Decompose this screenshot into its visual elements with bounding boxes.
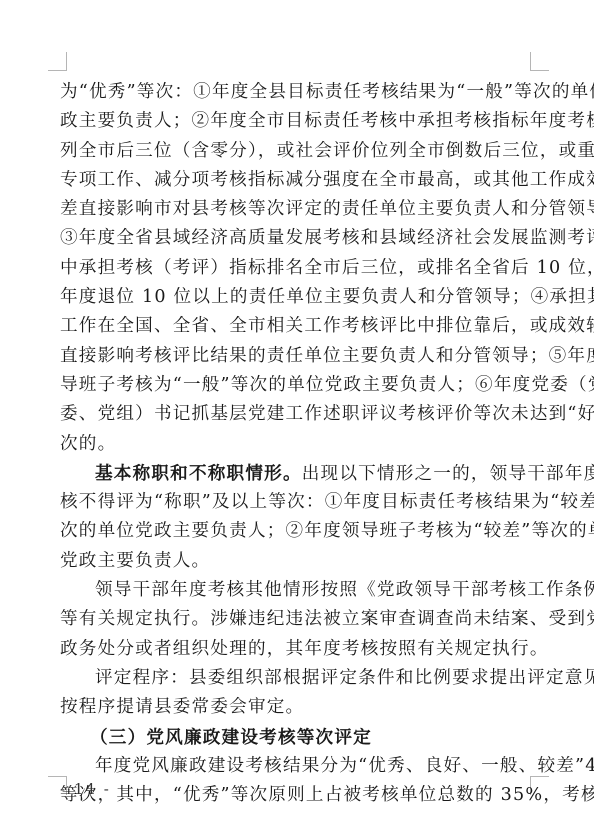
- paragraph-basic-competent-first-line: 基本称职和不称职情形。出现以下情形之一的，领导干部年度考: [60, 459, 530, 488]
- text-line: 党政主要负责人。: [60, 547, 530, 576]
- crop-mark-top-left: [48, 52, 67, 71]
- text-line: 导班子考核为“一般”等次的单位党政主要负责人；⑥年度党委（党工: [60, 371, 530, 400]
- text-line: 专项工作、减分项考核指标减分强度在全市最高，或其他工作成效较: [60, 166, 530, 195]
- text-line: 为“优秀”等次：①年度全县目标责任考核结果为“一般”等次的单位党: [60, 78, 530, 107]
- section-heading: （三）党风廉政建设考核等次评定: [60, 723, 530, 752]
- text-line: 政务处分或者组织处理的，其年度考核按照有关规定执行。: [60, 635, 530, 664]
- text-line: 等有关规定执行。涉嫌违纪违法被立案审查调查尚未结案、受到党纪: [60, 605, 530, 634]
- text-span: 出现以下情形之一的，领导干部年度考: [302, 464, 594, 484]
- text-line: 次的。: [60, 430, 530, 459]
- text-line: 年度退位 10 位以上的责任单位主要负责人和分管领导；④承担其他: [60, 283, 530, 312]
- text-line: 列全市后三位（含零分），或社会评价位列全市倒数后三位，或重点: [60, 137, 530, 166]
- text-line: 评定程序：县委组织部根据评定条件和比例要求提出评定意见，: [60, 664, 530, 693]
- document-body: 为“优秀”等次：①年度全县目标责任考核结果为“一般”等次的单位党 政主要负责人；…: [60, 78, 530, 810]
- text-line: 直接影响考核评比结果的责任单位主要负责人和分管领导；⑤年度领: [60, 342, 530, 371]
- text-line: 工作在全国、全省、全市相关工作考核评比中排位靠后，或成效较差: [60, 312, 530, 341]
- text-line: 次的单位党政主要负责人；②年度领导班子考核为“较差”等次的单位: [60, 517, 530, 546]
- text-line: 政主要负责人；②年度全市目标责任考核中承担考核指标年度考核位: [60, 107, 530, 136]
- text-line: 核不得评为“称职”及以上等次：①年度目标责任考核结果为“较差”等: [60, 488, 530, 517]
- text-line: 按程序提请县委常委会审定。: [60, 693, 530, 722]
- text-line: 年度党风廉政建设考核结果分为“优秀、良好、一般、较差”4 个: [60, 752, 530, 781]
- text-line: 等次，其中，“优秀”等次原则上占被考核单位总数的 35%，考核等次: [60, 781, 530, 810]
- text-line: 中承担考核（考评）指标排名全市后三位，或排名全省后 10 位，或: [60, 254, 530, 283]
- page-number: - 14 -: [60, 780, 111, 798]
- text-line: 差直接影响市对县考核等次评定的责任单位主要负责人和分管领导；: [60, 195, 530, 224]
- text-line: ③年度全省县域经济高质量发展考核和县域经济社会发展监测考评: [60, 224, 530, 253]
- text-line: 领导干部年度考核其他情形按照《党政领导干部考核工作条例》: [60, 576, 530, 605]
- crop-mark-top-right: [530, 52, 549, 71]
- bold-lead-text: 基本称职和不称职情形。: [95, 463, 302, 484]
- text-line: 委、党组）书记抓基层党建工作述职评议考核评价等次未达到“好”等: [60, 400, 530, 429]
